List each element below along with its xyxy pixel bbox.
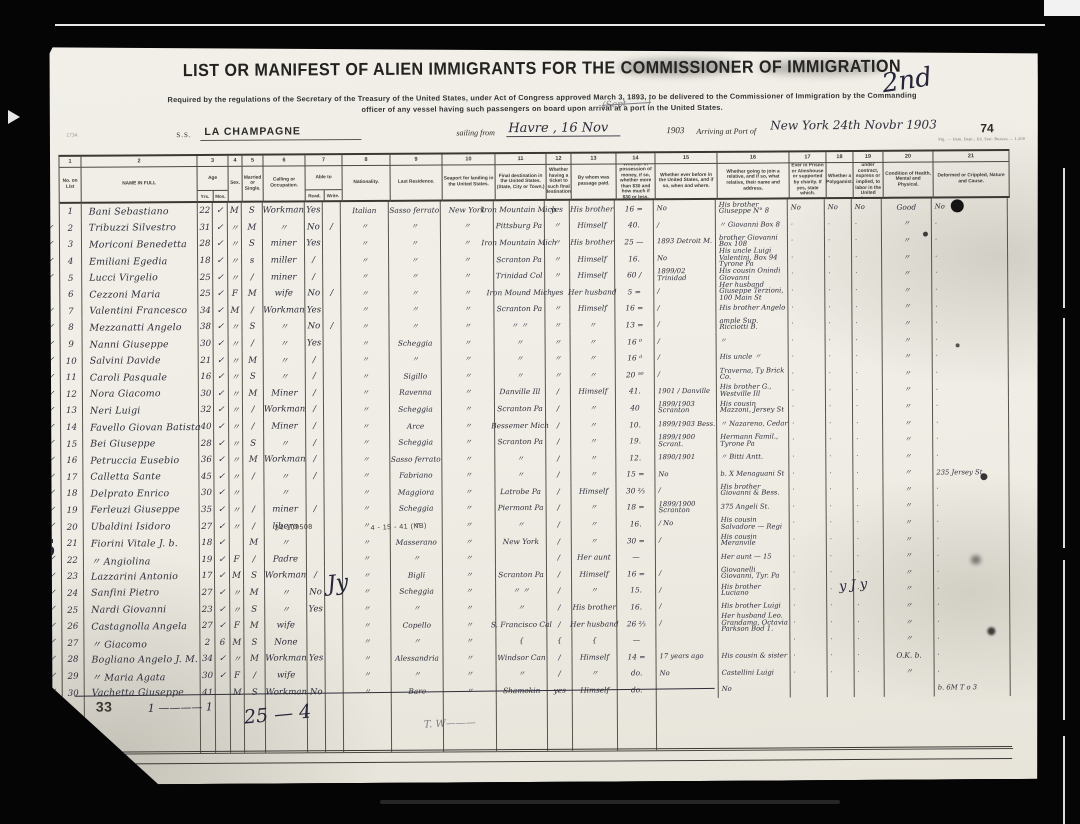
cell: 〃 — [441, 301, 494, 318]
cell: 〃 — [389, 251, 441, 268]
cell: · — [825, 232, 852, 249]
cell: Arce — [390, 417, 442, 434]
cell: / — [243, 418, 264, 435]
cell: / — [546, 400, 571, 417]
cell: 〃 — [571, 333, 616, 350]
cell: 26 — [62, 619, 84, 636]
cell: / — [655, 482, 717, 499]
cell: / — [547, 566, 572, 583]
cell: · — [852, 215, 882, 232]
cell: / — [306, 352, 324, 369]
cell: ✓ — [214, 336, 229, 353]
cell: · — [826, 465, 853, 482]
cell: 〃 — [444, 666, 497, 683]
film-edge-line — [55, 24, 1045, 26]
cell — [324, 385, 342, 402]
column-number: 19 — [853, 152, 883, 163]
column-header: Married or Single. — [243, 167, 264, 203]
cell: · — [854, 547, 884, 564]
cell: 〃 — [264, 335, 306, 352]
cell: 〃 — [228, 269, 242, 286]
cell: / — [654, 316, 716, 333]
cell: M — [231, 684, 245, 701]
cell: Emiliani Egedia — [82, 253, 198, 270]
cell: · — [854, 498, 884, 515]
cell: / — [547, 599, 572, 616]
cell: / — [306, 468, 324, 485]
cell: 〃 — [571, 350, 616, 367]
cell: 〃 — [441, 317, 494, 334]
cell: 〃 — [228, 219, 242, 236]
cell: 30 = — [617, 532, 656, 549]
cell — [324, 351, 342, 368]
cell: His cousin Salvadore — Regi — [718, 515, 790, 532]
column-header: Able toRead.Write. — [306, 166, 343, 202]
cell: 25 — — [615, 233, 654, 250]
column-number: 10 — [442, 154, 495, 165]
cell: 〃 — [442, 334, 495, 351]
cell: / — [547, 516, 572, 533]
cell: 5 — [60, 270, 82, 287]
cell: Pittsburg Pa — [494, 217, 545, 234]
cell — [323, 252, 341, 269]
ink-speck — [980, 473, 987, 480]
cell: · — [790, 631, 827, 648]
cell: · — [789, 382, 826, 399]
film-sprocket-line — [1063, 560, 1065, 720]
cell: 〃 — [229, 468, 243, 485]
cell: { — [496, 632, 547, 649]
margin-check: ✓ — [49, 621, 56, 630]
cell — [828, 680, 855, 697]
cell: 〃 — [883, 414, 933, 431]
cell: 〃 — [882, 315, 932, 332]
column-number: 1 — [59, 157, 81, 168]
cell: Himself — [571, 483, 616, 500]
cell: · — [789, 431, 826, 448]
cell — [324, 468, 342, 485]
cell: 14 — [61, 419, 83, 436]
cell: · — [790, 531, 827, 548]
cell — [323, 302, 341, 319]
column-number: 15 — [655, 153, 717, 164]
cell: Miner — [264, 385, 306, 402]
cell: miner — [265, 501, 307, 518]
cell: M — [244, 534, 265, 551]
cell: · — [934, 596, 1010, 613]
cell — [497, 699, 548, 751]
cell: Masserano — [391, 533, 443, 550]
cell: · — [932, 298, 1008, 315]
cell — [325, 634, 343, 651]
cell: Yes — [305, 202, 323, 219]
cell: 27 — [200, 585, 215, 602]
cell: 7 — [60, 303, 82, 320]
cell: 〃 — [229, 352, 243, 369]
column-number: 16 — [717, 152, 789, 163]
cell — [216, 684, 231, 701]
cell: 16 ⁰ — [616, 333, 655, 350]
voyage-line: S.S. LA CHAMPAGNE sailing from Havre , 1… — [58, 119, 1026, 145]
cell — [308, 667, 326, 684]
cell: 27 — [200, 618, 215, 635]
cell: · — [825, 216, 852, 233]
cell: ✓ — [215, 551, 230, 568]
cell: / — [546, 466, 571, 483]
cell: · — [826, 431, 853, 448]
cell: 〃 — [264, 368, 306, 385]
cell: 22 — [198, 203, 213, 220]
cell: 12 — [61, 386, 83, 403]
cell: 〃 — [496, 516, 547, 533]
cell — [306, 484, 324, 501]
cell: 〃 — [264, 435, 306, 452]
cell: 36 — [199, 452, 214, 469]
cell: / — [547, 533, 572, 550]
cell: 〃 — [882, 248, 932, 265]
cell — [573, 698, 618, 750]
margin-check: ✓ — [48, 388, 55, 397]
ink-speck — [971, 555, 981, 564]
cell: None — [265, 634, 307, 651]
cell: Padre — [265, 551, 307, 568]
cell — [307, 534, 325, 551]
cell — [885, 680, 935, 697]
cell: 〃 — [885, 663, 935, 680]
margin-check: ✓ — [49, 505, 56, 514]
cell: 〃 — [571, 416, 616, 433]
cell: · — [933, 381, 1009, 398]
cell: Yes — [305, 235, 323, 252]
cell: Nora Giacomo — [83, 386, 199, 403]
column-number: 5 — [242, 156, 263, 167]
margin-check: ✓ — [48, 372, 55, 381]
cell: Castellini Luigi — [719, 664, 791, 681]
cell: 〃 — [882, 265, 932, 282]
cell: 〃 — [884, 613, 934, 630]
cell: 〃 — [343, 550, 391, 567]
cell: · — [789, 448, 826, 465]
printer-note: Ptg. — Imm. Dept., Ed. Stat. Bureau — 1,… — [938, 136, 1025, 142]
cell: No — [305, 318, 323, 335]
cell: · — [790, 498, 827, 515]
cell: · — [934, 613, 1010, 630]
cell: ✓ — [213, 286, 228, 303]
cell: 1893 Detroit M. — [654, 233, 716, 250]
cell: 40 — [616, 399, 655, 416]
handwritten-annotation: 29 — [44, 709, 72, 739]
cell: Scheggia — [391, 583, 443, 600]
cell: 〃 — [341, 252, 389, 269]
cell: · — [934, 646, 1010, 663]
cell: 〃 — [342, 484, 390, 501]
cell: · — [790, 647, 827, 664]
cell: 〃 — [883, 481, 933, 498]
margin-check: ✓ — [48, 455, 55, 464]
cell: 〃 — [443, 516, 496, 533]
cell: 〃 — [717, 332, 789, 349]
ss-label: S.S. — [176, 131, 191, 139]
cell: No — [655, 465, 717, 482]
arriving-port-date: New York 24th Novbr 1903 — [770, 118, 937, 133]
handwritten-annotation: N y ⁄ — [20, 45, 50, 67]
cell: M — [242, 286, 263, 303]
cell: Yes — [307, 650, 325, 667]
cell: / — [305, 252, 323, 269]
cell: · — [853, 398, 883, 415]
cell: 〃 — [342, 418, 390, 435]
cell: 〃 — [229, 452, 243, 469]
column-header: Sex. — [229, 167, 243, 203]
handwritten-annotation: Jy — [326, 570, 350, 597]
cell: / — [307, 501, 325, 518]
cell: Bigli — [391, 567, 443, 584]
handwritten-annotation: 33 — [96, 699, 113, 715]
cell: 20 ⁵⁰ — [616, 366, 655, 383]
cell: 〃 — [883, 381, 933, 398]
cell: / — [656, 598, 718, 615]
cell: · — [827, 531, 854, 548]
cell: 〃 — [343, 584, 391, 601]
cell: Workman — [266, 684, 308, 701]
cell: 1 — [60, 204, 82, 221]
cell: ✓ — [213, 302, 228, 319]
cell: 19 — [200, 551, 215, 568]
cell: No — [654, 200, 716, 217]
cell: 〃 Maria Agata — [85, 668, 201, 685]
cell: Workman — [263, 202, 305, 219]
cell: · — [826, 332, 853, 349]
cell: · — [933, 347, 1009, 364]
cell: 28 — [198, 236, 213, 253]
cell — [325, 501, 343, 518]
cell: S — [244, 634, 265, 651]
cell: 〃 — [545, 217, 570, 234]
cell: 40 — [199, 419, 214, 436]
cell: 〃 — [229, 435, 243, 452]
cell: · — [790, 514, 827, 531]
cell: Scheggia — [391, 500, 443, 517]
cell: 1899/1903 Scranton — [655, 399, 717, 416]
cell: Piermont Pa — [496, 500, 547, 517]
margin-check: ✓ — [49, 588, 56, 597]
cell: 〃 — [444, 682, 497, 699]
cell: Danville Ill — [495, 383, 546, 400]
cell: / — [243, 335, 264, 352]
cell: 〃 Giacomo — [84, 634, 200, 651]
cell: · — [826, 415, 853, 432]
cell: S — [242, 236, 263, 253]
cell: · — [933, 397, 1009, 414]
cell: ✓ — [215, 651, 230, 668]
bottom-rule — [62, 758, 1012, 765]
cell: No — [825, 199, 852, 216]
cell: 16 — [61, 453, 83, 470]
column-header: Whether going to join a relative, and if… — [718, 163, 790, 199]
cell: · — [934, 630, 1010, 647]
cell: 16. — [617, 516, 656, 533]
cell: · — [852, 315, 882, 332]
cell: 13 = — [615, 316, 654, 333]
cell: 〃 — [342, 384, 390, 401]
column-header: No. on List — [60, 168, 82, 204]
cell: Workman — [265, 650, 307, 667]
cell: 〃 — [883, 464, 933, 481]
cell: His brother — [572, 599, 617, 616]
column-header: Whether a Polygamist. — [827, 163, 854, 199]
cell: 34 — [198, 302, 213, 319]
cell: do. — [618, 681, 657, 698]
cell: 11 — [61, 370, 83, 387]
cell: 31 — [198, 220, 213, 237]
cell: Bare — [392, 683, 444, 700]
cell: · — [934, 580, 1010, 597]
cell: His brother Giovanni & Bess. — [717, 482, 789, 499]
column-header: Whether ever before in the United States… — [656, 164, 718, 200]
cell: 8 — [60, 320, 82, 337]
cell: { — [572, 632, 617, 649]
cell — [791, 697, 828, 749]
cell: 30 — [199, 336, 214, 353]
cell: Himself — [572, 648, 617, 665]
cell: / — [323, 219, 341, 236]
cell: Himself — [571, 383, 616, 400]
cell: 〃 Angiolina — [84, 551, 200, 568]
margin-check: ✓ — [47, 239, 54, 248]
cell: 〃 — [228, 319, 242, 336]
cell: 1899/1903 Bess. — [655, 416, 717, 433]
cell: 〃 — [264, 484, 306, 501]
margin-check: ✓ — [48, 488, 55, 497]
cell: Neri Luigi — [83, 402, 199, 419]
cell: 〃 — [229, 418, 243, 435]
cell: / — [306, 451, 324, 468]
cell: 19. — [616, 433, 655, 450]
cell: Tribuzzi Silvestro — [82, 220, 198, 237]
cell: 16 = — [617, 565, 656, 582]
cell: · — [854, 647, 884, 664]
column-number: 3 — [197, 156, 228, 167]
cell: Iron Mountain Mich — [494, 201, 545, 218]
cell: 〃 — [442, 450, 495, 467]
cell: 29 — [63, 668, 85, 685]
margin-check: ✓ — [48, 422, 55, 431]
cell: 21 — [62, 536, 84, 553]
cell: Her aunt — [572, 549, 617, 566]
cell — [326, 683, 344, 700]
cell: · — [853, 381, 883, 398]
cell: ✓ — [213, 219, 228, 236]
cell: / — [655, 366, 717, 383]
cell: / — [546, 483, 571, 500]
cell: 〃 — [392, 666, 444, 683]
cell: · — [932, 264, 1008, 281]
column-header: Calling or Occupation. — [264, 166, 306, 202]
cell: · — [852, 265, 882, 282]
cell: 41 — [201, 684, 216, 701]
cell: 〃 — [571, 449, 616, 466]
cell: s — [242, 252, 263, 269]
cell: Himself — [570, 217, 615, 234]
cell: · — [852, 232, 882, 249]
cell: 22 — [62, 552, 84, 569]
margin-check: ✓ — [49, 654, 56, 663]
cell: 〃 — [882, 298, 932, 315]
cell: · — [825, 299, 852, 316]
cell: 〃 — [265, 601, 307, 618]
cell: M — [243, 452, 264, 469]
cell — [307, 617, 325, 634]
cell: ✓ — [215, 618, 230, 635]
cell — [657, 698, 719, 750]
cell: · — [788, 299, 825, 316]
column-header: Whether in possession of money, if so, w… — [617, 164, 656, 200]
cell: 34 — [200, 651, 215, 668]
cell: yes — [548, 682, 573, 699]
cell: · — [789, 415, 826, 432]
cell: Nanni Giuseppe — [83, 336, 199, 353]
cell: 235 Jersey St. — [933, 464, 1009, 481]
cell — [719, 697, 791, 749]
cell: Italian — [341, 202, 389, 219]
cell: 17 — [61, 469, 83, 486]
cell: S — [244, 568, 265, 585]
cell: M — [230, 568, 244, 585]
cell: · — [933, 364, 1009, 381]
cell: Scheggia — [390, 334, 442, 351]
cell: / — [306, 435, 324, 452]
cell: · — [790, 564, 827, 581]
cell: — — [617, 549, 656, 566]
cell: Bani Sebastiano — [82, 203, 198, 220]
cell — [656, 631, 718, 648]
cell: 40. — [615, 217, 654, 234]
cell: · — [827, 647, 854, 664]
cell: Salvini Davide — [83, 352, 199, 369]
cell: Shamokin — [497, 682, 548, 699]
cell: · — [932, 215, 1008, 232]
cell: 38 — [198, 319, 213, 336]
cell — [326, 667, 344, 684]
cell: · — [853, 332, 883, 349]
cell: 〃 — [389, 235, 441, 252]
column-header: Last Residence. — [391, 166, 443, 202]
cell — [855, 680, 885, 697]
cell: 〃 — [884, 564, 934, 581]
cell: Her husband — [570, 283, 615, 300]
cell — [323, 235, 341, 252]
cell: · — [933, 414, 1009, 431]
cell: 〃 — [443, 533, 496, 550]
cell: 〃 — [443, 583, 496, 600]
cell: Moriconi Benedetta — [82, 236, 198, 253]
cell: / — [244, 551, 265, 568]
cell: · — [789, 465, 826, 482]
cell: Alessandria — [391, 650, 443, 667]
cell: 3 — [60, 237, 82, 254]
cell: · — [788, 249, 825, 266]
cell: Fabriano — [390, 467, 442, 484]
cell: / — [546, 433, 571, 450]
cell: Petruccia Eusebio — [83, 452, 199, 469]
cell: 〃 — [546, 350, 571, 367]
cell: 30 — [63, 685, 85, 702]
cell: 18 — [200, 535, 215, 552]
cell: wife — [263, 285, 305, 302]
cell: do. — [618, 665, 657, 682]
cell: · — [826, 448, 853, 465]
margin-check: ✓ — [48, 355, 55, 364]
